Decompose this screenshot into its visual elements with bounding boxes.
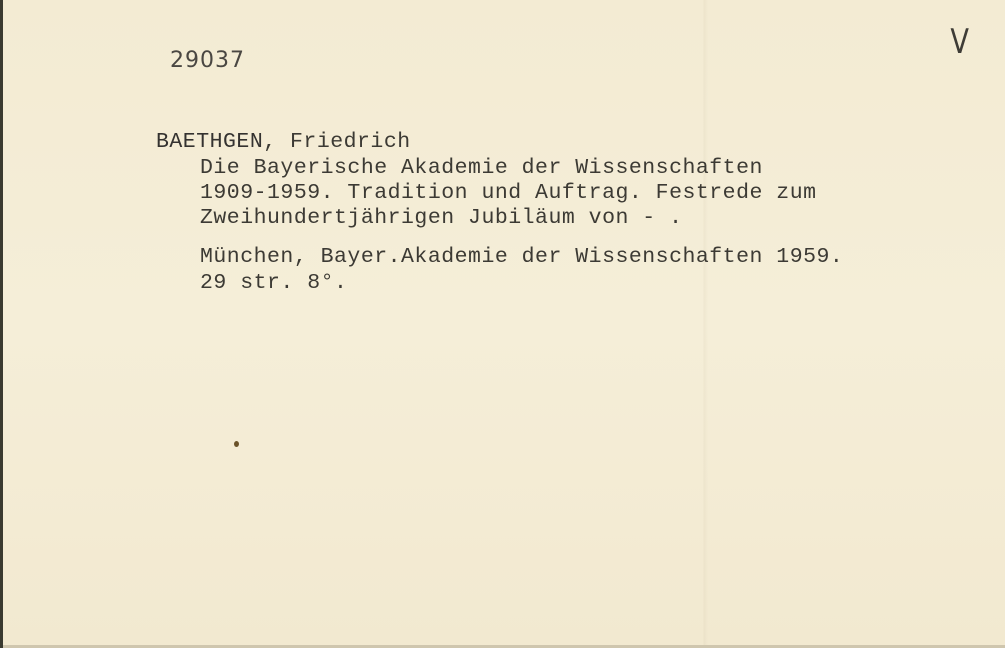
imprint: München, Bayer.Akademie der Wissenschaft… — [200, 247, 843, 269]
ink-spot — [234, 441, 239, 447]
catalog-card: 29037 V BAETHGEN, Friedrich Die Bayerisc… — [0, 0, 1005, 648]
title-line-3: Zweihundertjährigen Jubiläum von - . — [200, 208, 682, 230]
collation: 29 str. 8°. — [200, 273, 347, 295]
author-surname: BAETHGEN — [156, 130, 263, 154]
author-heading: BAETHGEN, Friedrich — [156, 132, 411, 154]
check-mark: V — [950, 22, 969, 62]
accession-number: 29037 — [170, 48, 245, 73]
title-line-1: Die Bayerische Akademie der Wissenschaft… — [200, 158, 763, 180]
author-given-name: , Friedrich — [263, 130, 410, 154]
title-line-2: 1909-1959. Tradition und Auftrag. Festre… — [200, 183, 817, 205]
